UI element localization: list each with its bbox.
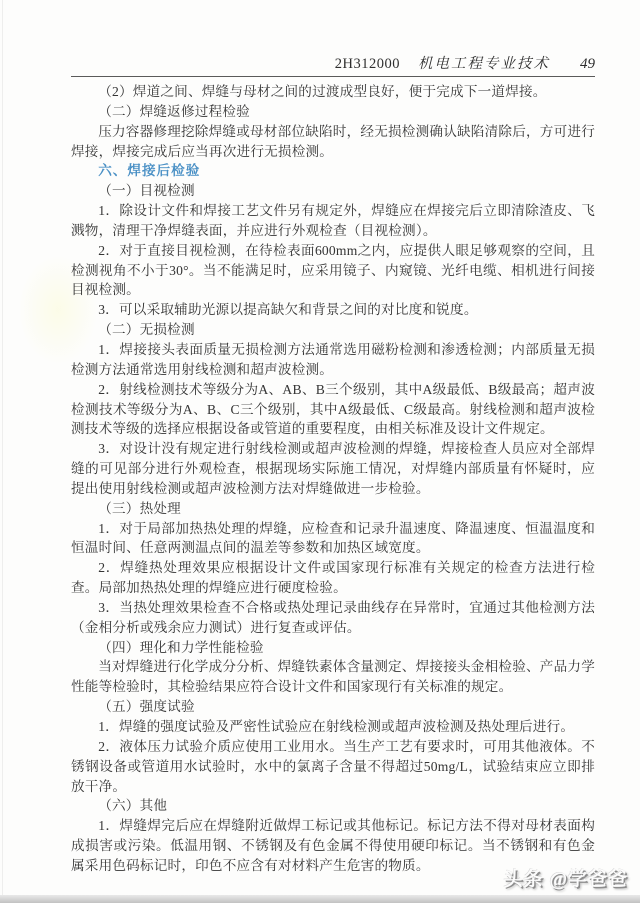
section-heading-blue: 六、焊接后检验 bbox=[71, 161, 595, 181]
paragraph: 1．焊缝的强度试验及严密性试验应在射线检测或超声波检测及热处理后进行。 bbox=[71, 717, 595, 737]
paragraph: 2．对于直接目视检测，在待检表面600mm之内，应提供人眼足够观察的空间，且检测… bbox=[71, 241, 595, 301]
paragraph: 1．对于局部加热热处理的焊缝，应检查和记录升温速度、降温速度、恒温温度和恒温时间… bbox=[71, 519, 595, 559]
paragraph: （2）焊道之间、焊缝与母材之间的过渡成型良好，便于完成下一道焊接。 bbox=[71, 82, 595, 102]
scan-bottom-edge bbox=[0, 895, 640, 903]
subsection-heading: （三）热处理 bbox=[71, 499, 595, 519]
paragraph: 2．焊缝热处理效果应根据设计文件或国家现行标准有关规定的检查方法进行检查。局部加… bbox=[71, 558, 595, 598]
page-header: 2H312000机电工程专业技术49 bbox=[71, 52, 595, 73]
paragraph: 3．当热处理效果检查不合格或热处理记录曲线存在异常时，宜通过其他检测方法（金相分… bbox=[71, 598, 595, 638]
subsection-heading: （五）强度试验 bbox=[71, 697, 595, 717]
toutiao-watermark: 头条 @学爸爸 bbox=[504, 864, 628, 891]
header-rule bbox=[71, 76, 595, 77]
page-number: 49 bbox=[580, 56, 595, 72]
paragraph: 3．可以采取辅助光源以提高缺欠和背景之间的对比度和锐度。 bbox=[71, 300, 595, 320]
subsection-heading: （四）理化和力学性能检验 bbox=[71, 638, 595, 658]
document-body: （2）焊道之间、焊缝与母材之间的过渡成型良好，便于完成下一道焊接。 （二）焊缝返… bbox=[71, 82, 595, 876]
course-title: 机电工程专业技术 bbox=[418, 56, 550, 72]
subsection-heading: （二）焊缝返修过程检验 bbox=[71, 102, 595, 122]
course-code: 2H312000 bbox=[335, 56, 400, 72]
scanned-book-page: 2H312000机电工程专业技术49 （2）焊道之间、焊缝与母材之间的过渡成型良… bbox=[0, 0, 640, 903]
paragraph: 1．除设计文件和焊接工艺文件另有规定外，焊缝应在焊接完后立即清除渣皮、飞溅物，清… bbox=[71, 201, 595, 241]
paragraph: 1．焊接接头表面质量无损检测方法通常选用磁粉检测和渗透检测；内部质量无损检测方法… bbox=[71, 340, 595, 380]
paragraph: 2．液体压力试验介质应使用工业用水。当生产工艺有要求时，可用其他液体。不锈钢设备… bbox=[71, 737, 595, 797]
paragraph: 3．对设计没有规定进行射线检测或超声波检测的焊缝，焊接检查人员应对全部焊缝的可见… bbox=[71, 439, 595, 499]
paragraph: 压力容器修理挖除焊缝或母材部位缺陷时，经无损检测确认缺陷清除后，方可进行焊接，焊… bbox=[71, 122, 595, 162]
paragraph: 2．射线检测技术等级分为A、AB、B三个级别，其中A级最低、B级最高；超声波检测… bbox=[71, 380, 595, 440]
subsection-heading: （二）无损检测 bbox=[71, 320, 595, 340]
subsection-heading: （六）其他 bbox=[71, 796, 595, 816]
paragraph: 当对焊缝进行化学成分分析、焊缝铁素体含量测定、焊接接头金相检验、产品力学性能等检… bbox=[71, 657, 595, 697]
subsection-heading: （一）目视检测 bbox=[71, 181, 595, 201]
